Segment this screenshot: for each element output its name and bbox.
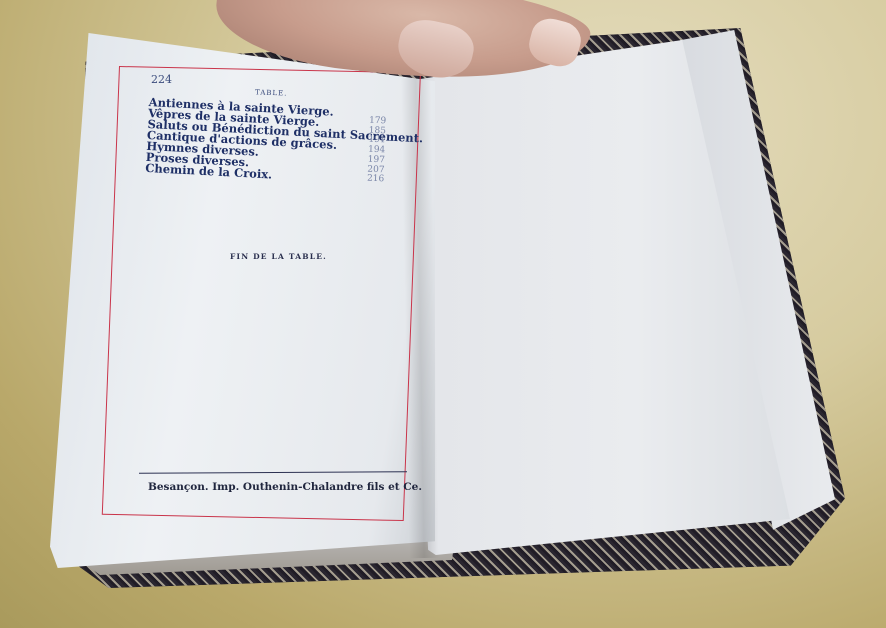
page-ref: 216 <box>367 175 385 185</box>
page-number: 224 <box>151 73 172 86</box>
toc-page-refs: 179 185 191 194 197 207 216 <box>367 117 387 185</box>
end-of-table-text: FIN DE LA TABLE. <box>230 252 327 261</box>
book-photo: 224 TABLE. Antiennes à la sainte Vierge.… <box>0 0 886 628</box>
toc-heading: TABLE. <box>255 88 288 97</box>
printer-imprint: Besançon. Imp. Outhenin-Chalandre fils e… <box>148 481 422 493</box>
toc-list: Antiennes à la sainte Vierge. Vêpres de … <box>145 97 399 187</box>
